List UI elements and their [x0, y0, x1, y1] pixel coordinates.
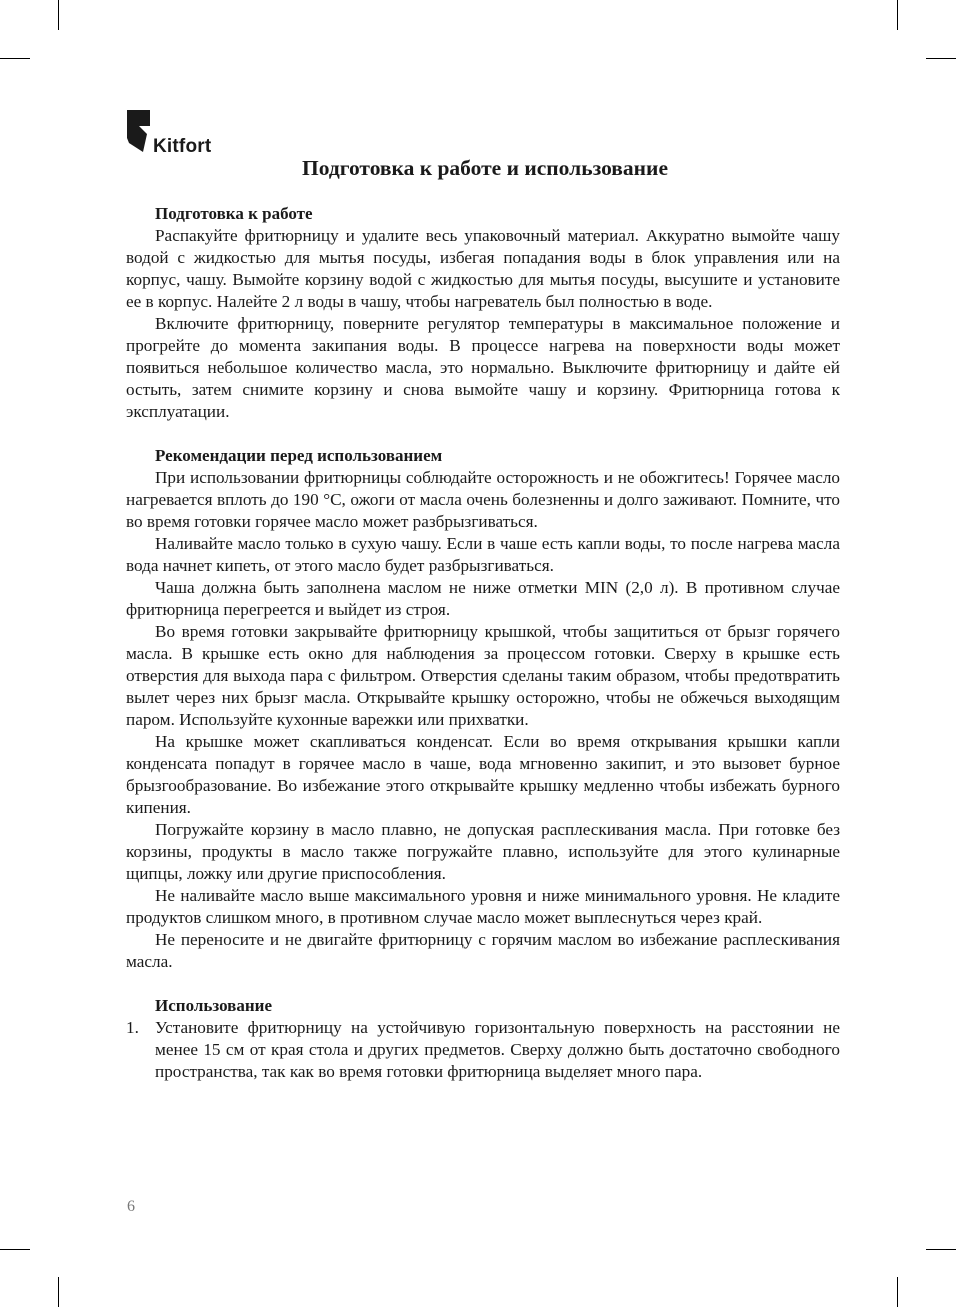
section-heading-recommendations: Рекомендации перед использованием [126, 445, 840, 467]
page-title: Подготовка к работе и использование [0, 156, 956, 181]
paragraph: На крышке может скапливаться конденсат. … [126, 731, 840, 819]
paragraph: Распакуйте фритюрницу и удалите весь упа… [126, 225, 840, 313]
page-number: 6 [127, 1198, 135, 1216]
document-body: Подготовка к работе Распакуйте фритюрниц… [126, 203, 840, 1083]
crop-mark-top-left-horizontal [0, 58, 30, 59]
crop-mark-bottom-left-horizontal [0, 1249, 30, 1250]
crop-mark-bottom-right-horizontal [926, 1249, 956, 1250]
paragraph: Чаша должна быть заполнена маслом не ниж… [126, 577, 840, 621]
paragraph: Включите фритюрницу, поверните регулятор… [126, 313, 840, 423]
paragraph: При использовании фритюрницы соблюдайте … [126, 467, 840, 533]
crop-mark-bottom-right-vertical [897, 1277, 898, 1307]
paragraph: Не переносите и не двигайте фритюрницу с… [126, 929, 840, 973]
usage-steps-list: 1. Установите фритюрницу на устойчивую г… [126, 1017, 840, 1083]
list-item-text: Установите фритюрницу на устойчивую гори… [155, 1018, 840, 1081]
crop-mark-top-right-vertical [897, 0, 898, 30]
section-heading-preparation: Подготовка к работе [126, 203, 840, 225]
crop-mark-top-right-horizontal [926, 58, 956, 59]
list-item-number: 1. [126, 1017, 139, 1039]
brand-name: Kitfort [153, 136, 211, 158]
paragraph: Наливайте масло только в сухую чашу. Есл… [126, 533, 840, 577]
paragraph: Погружайте корзину в масло плавно, не до… [126, 819, 840, 885]
crop-mark-bottom-left-vertical [58, 1277, 59, 1307]
paragraph: Не наливайте масло выше максимального ур… [126, 885, 840, 929]
crop-mark-top-left-vertical [58, 0, 59, 30]
list-item: 1. Установите фритюрницу на устойчивую г… [126, 1017, 840, 1083]
section-heading-usage: Использование [126, 995, 840, 1017]
paragraph: Во время готовки закрывайте фритюрницу к… [126, 621, 840, 731]
